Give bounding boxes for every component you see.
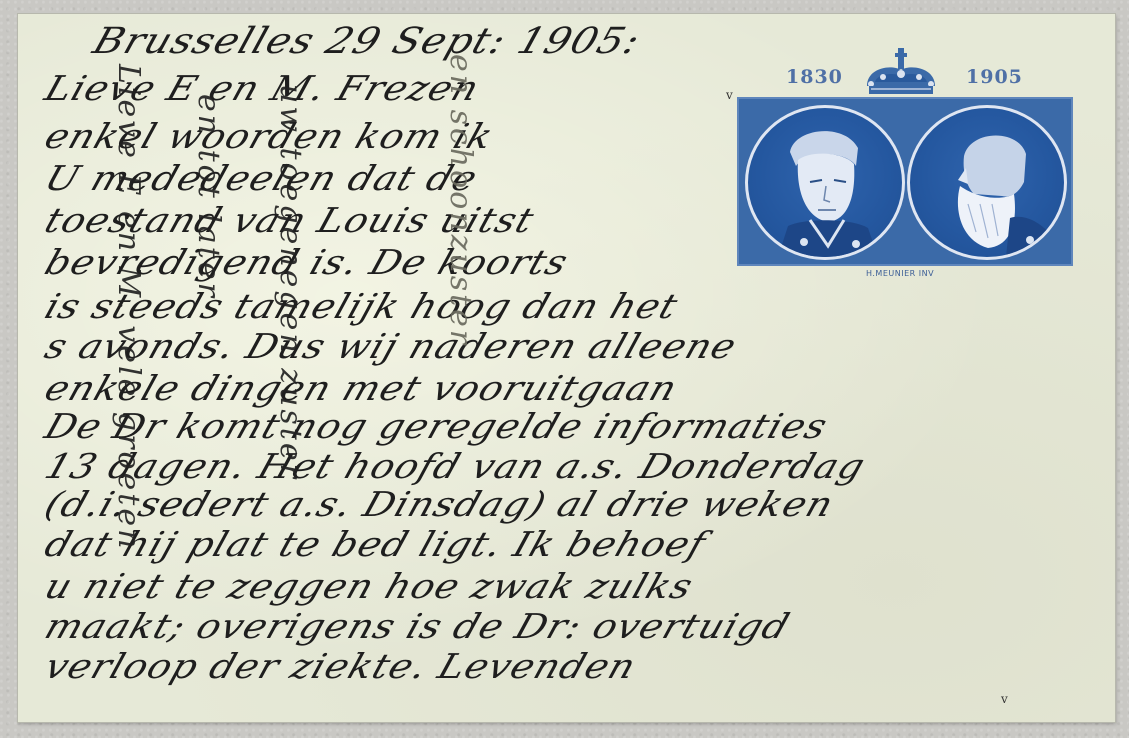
stamp-year-right: 1905 (966, 66, 1023, 88)
stamp (737, 97, 1073, 266)
cross-written-line: uw toegenegen zuster (273, 84, 308, 481)
postcard: 1830 1905 (18, 14, 1115, 722)
letter-line: enkel woorden kom ik (40, 116, 499, 156)
letter-line: (d.i. sedert a.s. Dinsdag) al drie weken (40, 484, 839, 524)
cross-written-line: Lieve E en M. vele groeten (111, 64, 146, 551)
letter-line: 13 dagen. Het hoofd van a.s. Donderdag (40, 446, 871, 486)
letter-line: U mededeelen dat de (40, 158, 483, 198)
pencil-mark: v (726, 88, 733, 102)
portrait-leopold-i (745, 105, 905, 260)
letter-line: maakt; overigens is de Dr: overtuigd (40, 606, 795, 646)
letter-line: verloop der ziekte. Levenden (40, 646, 641, 686)
letter-line: u niet te zeggen hoe zwak zulks (40, 566, 698, 606)
pencil-mark: v (1001, 692, 1008, 706)
portrait-leopold-ii (907, 105, 1067, 260)
letter-dateline: Brusselles 29 Sept: 1905: (88, 21, 646, 62)
stamp-year-left: 1830 (786, 66, 843, 88)
letter-line: De Dr komt nog geregelde informaties (40, 406, 833, 446)
cross-written-line: en schoonzuster (443, 54, 478, 347)
cross-written-line: en tot later (191, 94, 226, 300)
stamp-engraver-caption: H.MEUNIER INV (866, 269, 934, 278)
letter-line: Lieve E en M. Frezen (40, 68, 485, 108)
